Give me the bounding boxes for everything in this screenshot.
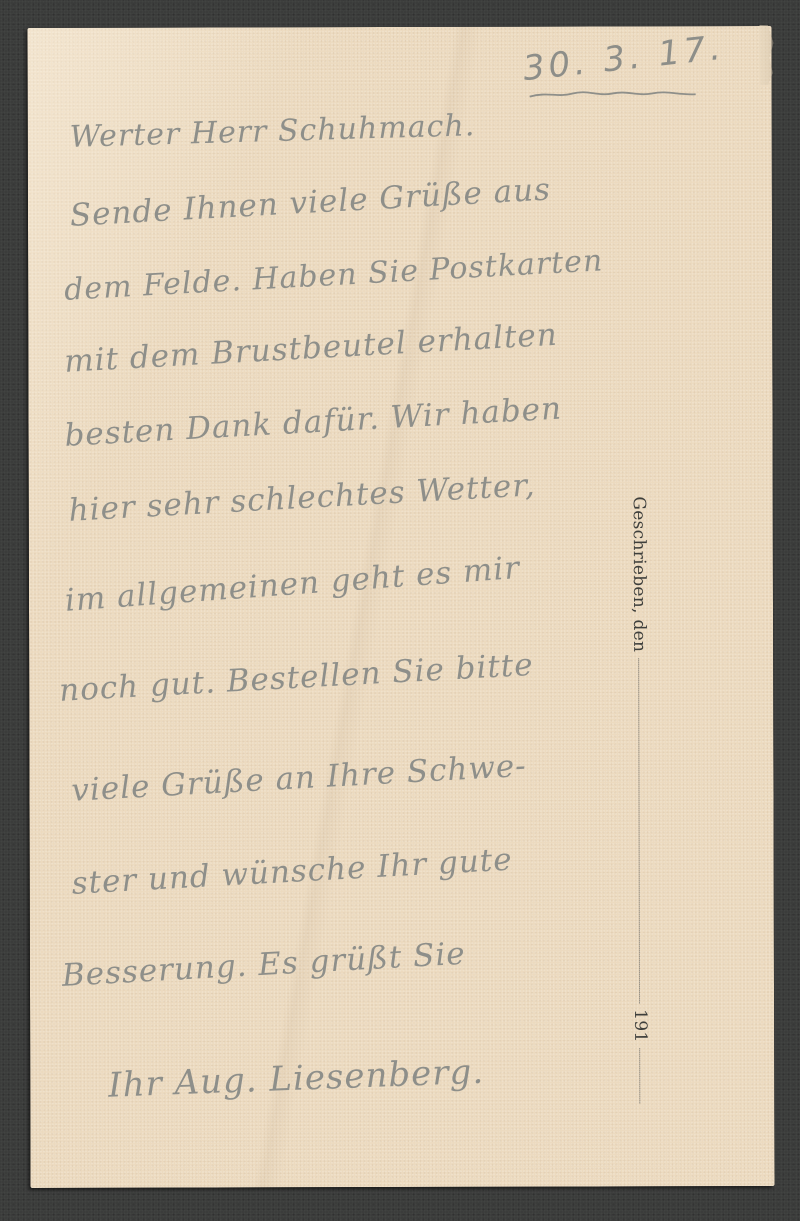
handwritten-date: 30. 3. 17. (521, 28, 726, 89)
printed-year-prefix: 191 (630, 1009, 650, 1042)
letter-line-7: im allgemeinen geht es mir (64, 550, 522, 619)
printed-label: Geschrieben, den (629, 496, 649, 652)
postcard: 30. 3. 17. Werter Herr Schuhmach. Sende … (27, 26, 774, 1188)
printed-date-form: Geschrieben, den191 (629, 496, 651, 1103)
letter-line-8: noch gut. Bestellen Sie bitte (58, 647, 534, 709)
signature-line: Ihr Aug. Liesenberg. (108, 1052, 485, 1106)
year-blank-dotted-line (639, 1049, 640, 1104)
letter-line-1: Werter Herr Schuhmach. (69, 108, 475, 155)
date-underline (528, 90, 698, 98)
letter-line-10: ster und wünsche Ihr gute (71, 842, 514, 902)
letter-line-4: mit dem Brustbeutel erhalten (63, 317, 558, 380)
letter-line-9: viele Grüße an Ihre Schwe- (70, 748, 527, 809)
letter-line-3: dem Felde. Haben Sie Postkarten (63, 243, 604, 308)
letter-line-6: hier sehr schlechtes Wetter, (68, 467, 537, 529)
letter-line-5: besten Dank dafür. Wir haben (64, 391, 563, 454)
date-blank-dotted-line (638, 658, 640, 1003)
letter-line-11: Besserung. Es grüßt Sie (61, 936, 467, 994)
letter-line-2: Sende Ihnen viele Grüße aus (69, 171, 552, 233)
